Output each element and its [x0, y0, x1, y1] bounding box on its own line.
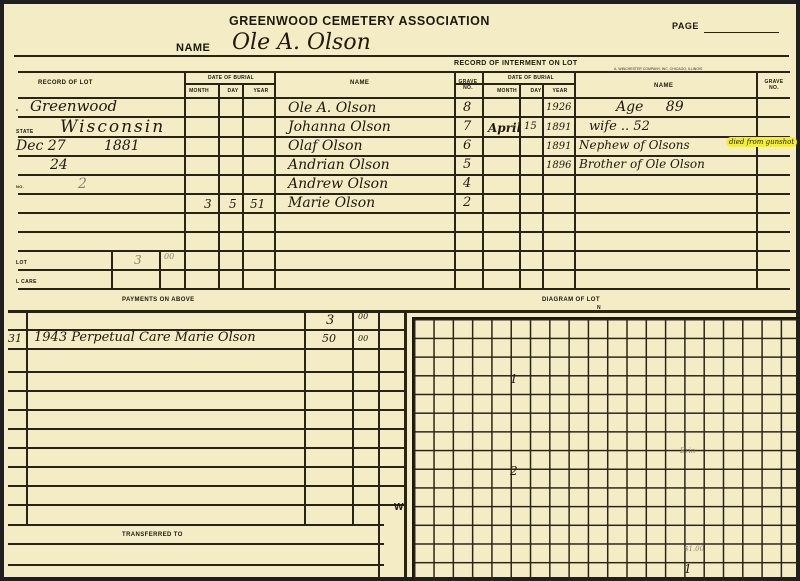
interment-name: Marie Olson [288, 195, 375, 211]
page-field[interactable] [704, 32, 779, 33]
page-label: PAGE [672, 21, 699, 31]
no-value: 2 [78, 176, 87, 192]
lot-number: 24 [50, 157, 68, 173]
lot-label: LOT [16, 260, 27, 266]
lot-diagram-grid [412, 317, 800, 581]
diagram-mark: 2 [510, 464, 518, 478]
state-label: STATE [16, 129, 34, 135]
cemetery-record-card: GREENWOOD CEMETERY ASSOCIATION PAGE NAME… [4, 4, 796, 577]
diagram-mark: 1 [510, 372, 518, 386]
diagram-heading: DIAGRAM OF LOT [542, 297, 600, 303]
interment-name: Olaf Olson [288, 138, 363, 154]
lot-place: Greenwood [30, 97, 117, 115]
record-of-lot-heading: RECORD OF LOT [38, 80, 93, 86]
west-label: W [394, 502, 404, 513]
state-value: Wisconsin [60, 117, 165, 137]
interment-name: Andrew Olson [288, 176, 388, 192]
highlighted-annotation: died from gunshot [726, 137, 797, 147]
divider [14, 55, 789, 57]
interment-name: Andrian Olson [288, 157, 390, 173]
payment-description: 1943 Perpetual Care Marie Olson [34, 330, 256, 345]
association-title: GREENWOOD CEMETERY ASSOCIATION [229, 14, 490, 28]
transferred-to-heading: TRANSFERRED TO [122, 532, 183, 538]
interment-name: Johanna Olson [288, 119, 391, 135]
interment-name: Ole A. Olson [288, 100, 376, 116]
name-value: Ole A. Olson [232, 30, 371, 55]
lcare-label: L CARE [16, 279, 37, 285]
name-label: NAME [176, 42, 210, 54]
diagram-mark: 1 [684, 562, 692, 576]
lot-year: 1881 [104, 138, 140, 154]
interment-heading: RECORD OF INTERMENT ON LOT [454, 60, 578, 67]
payments-heading: PAYMENTS ON ABOVE [122, 297, 195, 303]
lot-date: Dec 27 [16, 138, 66, 154]
